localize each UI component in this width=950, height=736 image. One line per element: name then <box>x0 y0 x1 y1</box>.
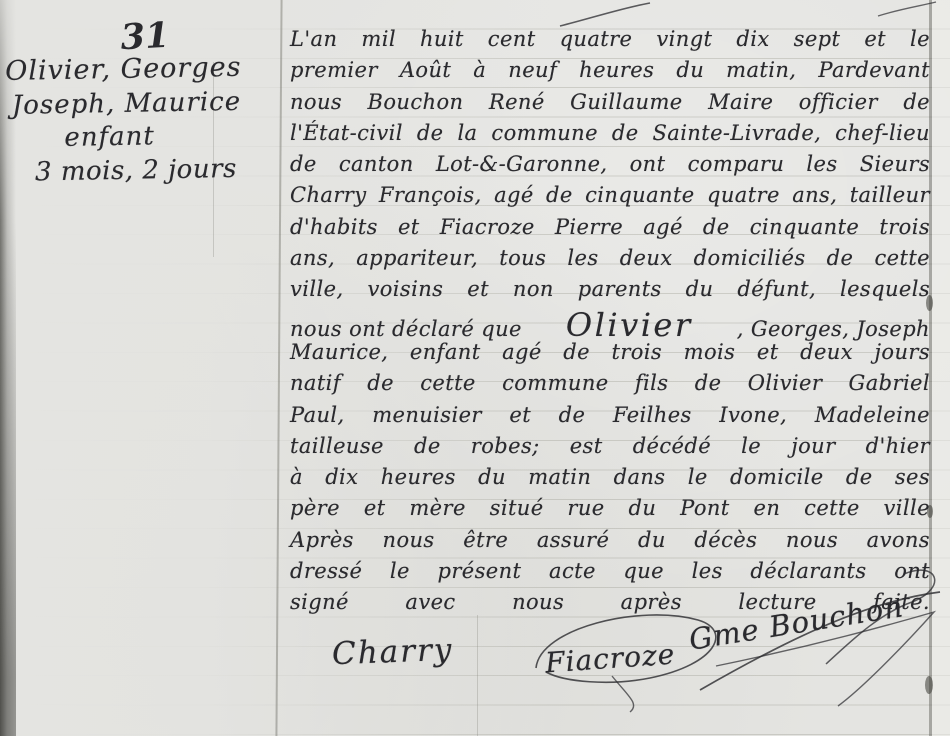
act-line: dressé le présent acte que les déclarant… <box>290 556 930 587</box>
act-line: Après nous être assuré du décès nous avo… <box>290 525 930 556</box>
act-line: père et mère situé rue du Pont en cette … <box>290 493 930 524</box>
margin-deceased-qualifier: enfant <box>64 121 155 153</box>
margin-deceased-name-line2: Joseph, Maurice <box>12 87 242 121</box>
act-body-text: L'an mil huit cent quatre vingt dix sept… <box>290 24 930 619</box>
margin-deceased-name-line1: Olivier, Georges <box>5 52 242 87</box>
act-line: tailleuse de robes; est décédé le jour d… <box>290 431 930 462</box>
death-record-scan-page: 31 Olivier, Georges Joseph, Maurice enfa… <box>0 0 950 736</box>
act-line: Maurice, enfant agé de trois mois et deu… <box>290 337 930 368</box>
bottom-fold-line <box>477 615 478 736</box>
act-line: natif de cette commune fils de Olivier G… <box>290 368 930 399</box>
act-line-declared: nous ont déclaré que Olivier , Georges, … <box>290 306 930 337</box>
act-line: ans, appariteur, tous les deux domicilié… <box>290 243 930 274</box>
act-line: d'habits et Fiacroze Pierre agé de cinqu… <box>290 212 930 243</box>
right-page-edge-strip <box>932 0 950 736</box>
signature-charry: Charry <box>331 632 454 672</box>
margin-deceased-age: 3 mois, 2 jours <box>35 154 237 188</box>
act-line: L'an mil huit cent quatre vingt dix sept… <box>290 24 930 55</box>
act-line: ville, voisins et non parents du défunt,… <box>290 274 930 305</box>
ink-blot <box>925 676 933 694</box>
act-line: Paul, menuisier et de Feilhes Ivone, Mad… <box>290 400 930 431</box>
act-line: à dix heures du matin dans le domicile d… <box>290 462 930 493</box>
act-line: de canton Lot-&-Garonne, ont comparu les… <box>290 149 930 180</box>
act-line: l'État-civil de la commune de Sainte-Liv… <box>290 118 930 149</box>
act-line: premier Août à neuf heures du matin, Par… <box>290 55 930 86</box>
act-line: Charry François, agé de cinquante quatre… <box>290 180 930 211</box>
act-line: nous Bouchon René Guillaume Maire offici… <box>290 87 930 118</box>
